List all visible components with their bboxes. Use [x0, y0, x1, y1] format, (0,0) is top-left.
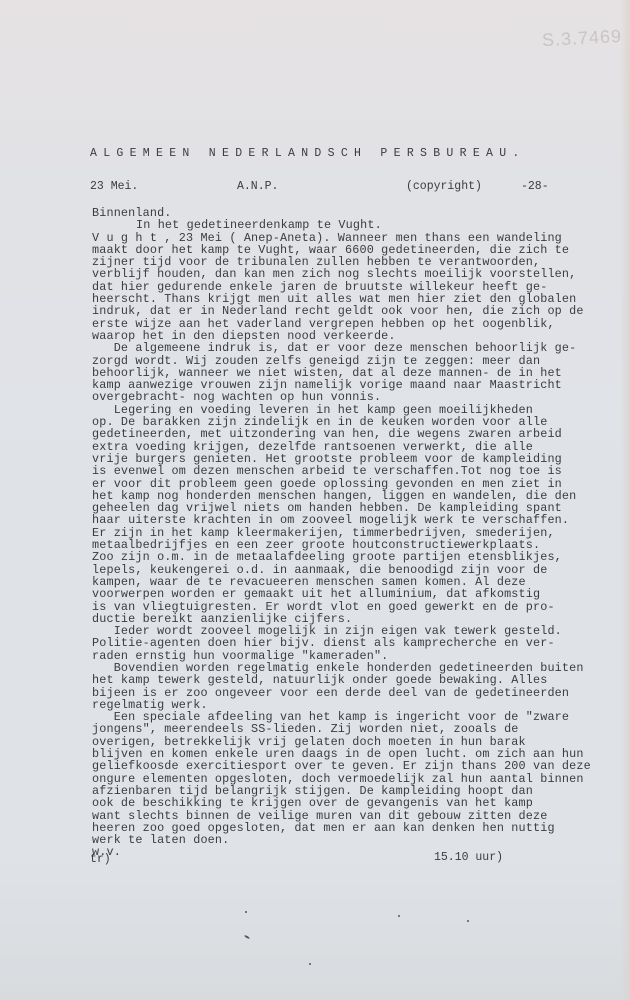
- paper-speck: [244, 935, 250, 940]
- body-line: is van vliegtuigresten. Er wordt vlot en…: [92, 601, 630, 613]
- body-line: er voor dit probleem geen goede oplossin…: [92, 478, 630, 490]
- body-line: voorwerpen worden er gemaakt uit het all…: [92, 588, 630, 600]
- archive-number: S.3.7469: [542, 26, 623, 51]
- body-line: w.v.: [92, 846, 630, 858]
- body-line: De algemeene indruk is, dat er voor deze…: [92, 342, 630, 354]
- body-line: verblijf houden, dan kan men zich nog sl…: [92, 268, 630, 280]
- body-lines: V u g h t , 23 Mei ( Anep-Aneta). Wannee…: [92, 232, 630, 859]
- body-line: jongens", meerendeels SS-lieden. Zij wor…: [92, 723, 630, 735]
- body-line: want slechts binnen de veilige muren van…: [92, 810, 630, 822]
- body-line: ook de beschikking te krijgen over de ge…: [92, 797, 630, 809]
- timestamp: 15.10 uur): [434, 851, 503, 864]
- headline: In het gedetineerdenkamp te Vught.: [92, 219, 630, 231]
- paper-speck: [309, 963, 311, 965]
- body-line: werk te laten doen.: [92, 834, 630, 846]
- typist-initials: tr): [90, 853, 111, 866]
- body-line: is evenwel om dezen menschen arbeid te v…: [92, 465, 630, 477]
- page-number: -28-: [521, 180, 549, 193]
- body-line: Zoo zijn o.m. in de metaalafdeeling groo…: [92, 551, 630, 563]
- agency: A.N.P.: [237, 180, 278, 193]
- body-line: geliefkoosde exercitiesport over te geve…: [92, 760, 630, 772]
- body-line: indruk, dat er in Nederland recht geldt …: [92, 305, 630, 317]
- body-line: haar uiterste krachten in om zooveel mog…: [92, 514, 630, 526]
- paper-speck: [467, 920, 469, 922]
- body-line: het kamp tewerk gesteld, natuurlijk onde…: [92, 674, 630, 686]
- body-line: Politie-agenten doen hier bijv. dienst a…: [92, 637, 630, 649]
- body-line: zorgd wordt. Wij zouden zelfs geneigd zi…: [92, 355, 630, 367]
- letterhead: ALGEMEEN NEDERLANDSCH PERSBUREAU.: [90, 147, 526, 160]
- scanned-page: S.3.7469 ALGEMEEN NEDERLANDSCH PERSBUREA…: [0, 0, 630, 1000]
- copyright-notice: (copyright): [406, 180, 482, 193]
- body-line: gedetineerden, met uitzondering van hen,…: [92, 428, 630, 440]
- date: 23 Mei.: [90, 180, 138, 193]
- paper-speck: [245, 911, 247, 913]
- paper-speck: [398, 915, 400, 917]
- body-line: overgebracht- nog wachten op hun vonnis.: [92, 391, 630, 403]
- article-body: Binnenland. In het gedetineerdenkamp te …: [92, 207, 630, 859]
